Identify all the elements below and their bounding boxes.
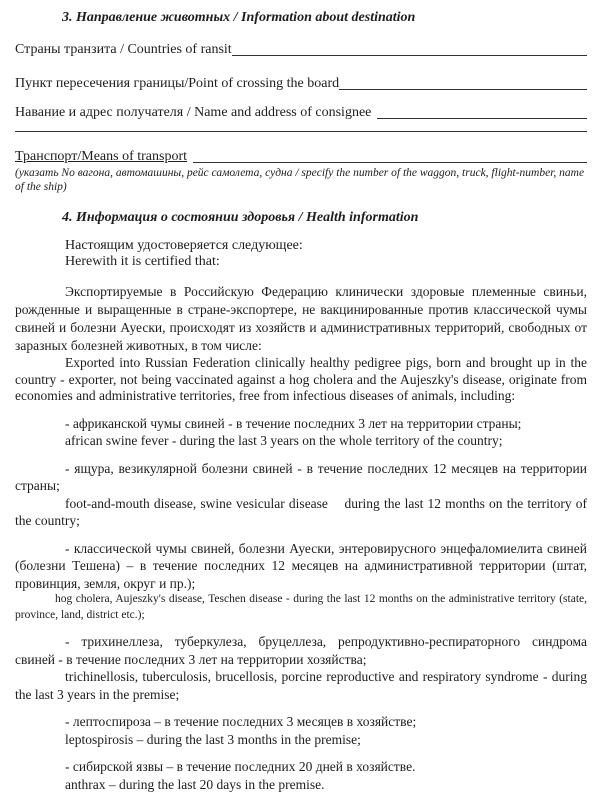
disease-item-ru: - классической чумы свиней, болезни Ауес… [15,540,587,593]
disease-item-ru: - лептоспироза – в течение последних 3 м… [15,713,587,731]
field-countries-of-transit: Страны транзита / Countries of ransit [15,41,587,58]
disease-item-leptospirosis: - лептоспироза – в течение последних 3 м… [15,713,587,748]
countries-of-transit-label: Страны транзита / Countries of ransit [15,41,232,58]
disease-item-en: foot-and-mouth disease, swine vesicular … [15,495,587,530]
certification-intro-en: Herewith it is certified that: [65,254,587,270]
disease-item-en: leptospirosis – during the last 3 months… [15,731,587,749]
certification-intro: Настоящим удостоверяется следующее: Here… [15,238,587,269]
disease-item-foot-and-mouth: - ящура, везикулярной болезни свиней - в… [15,460,587,530]
health-paragraph-en: Exported into Russian Federation clinica… [15,355,587,405]
field-consignee: Навание и адрес получателя / Name and ad… [15,104,587,121]
field-point-of-crossing: Пункт пересечения границы/Point of cross… [15,75,587,92]
transport-note: (указать No вагона, автомашины, рейс сам… [15,167,587,194]
disease-item-anthrax: - сибирской язвы – в течение последних 2… [15,758,587,793]
disease-item-ru: - трихинеллеза, туберкулеза, бруцеллеза,… [15,633,587,668]
disease-item-ru: - ящура, везикулярной болезни свиней - в… [15,460,587,495]
section-4-heading: 4. Информация о состоянии здоровья / Hea… [62,209,587,226]
consignee-blank-line-2 [15,131,587,132]
disease-item-ru: - сибирской язвы – в течение последних 2… [15,758,587,776]
point-of-crossing-label: Пункт пересечения границы/Point of cross… [15,75,339,92]
disease-item-en: anthrax – during the last 20 days in the… [15,776,587,794]
consignee-label: Навание и адрес получателя / Name and ad… [15,104,371,121]
transport-blank-line [193,162,587,163]
disease-item-african-swine-fever: - африканской чумы свиней - в течение по… [15,415,587,450]
health-paragraph-ru: Экспортируемые в Российскую Федерацию кл… [15,283,587,355]
disease-item-en: trichinellosis, tuberculosis, brucellosi… [15,668,587,703]
countries-of-transit-blank-line [232,55,587,56]
certification-intro-ru: Настоящим удостоверяется следующее: [65,238,587,254]
consignee-blank-line [377,118,587,119]
transport-label: Транспорт/Means of transport [15,148,187,165]
field-transport: Транспорт/Means of transport [15,148,587,165]
certificate-page: 3. Направление животных / Information ab… [0,0,600,793]
section-3-heading: 3. Направление животных / Information ab… [62,9,587,26]
disease-item-trichinellosis: - трихинеллеза, туберкулеза, бруцеллеза,… [15,633,587,703]
disease-item-ru: - африканской чумы свиней - в течение по… [15,415,587,433]
disease-item-hog-cholera: - классической чумы свиней, болезни Ауес… [15,540,587,624]
point-of-crossing-blank-line [339,89,587,90]
disease-item-en: african swine fever - during the last 3 … [15,432,587,450]
disease-item-en: hog cholera, Aujeszky's disease, Teschen… [15,592,587,623]
